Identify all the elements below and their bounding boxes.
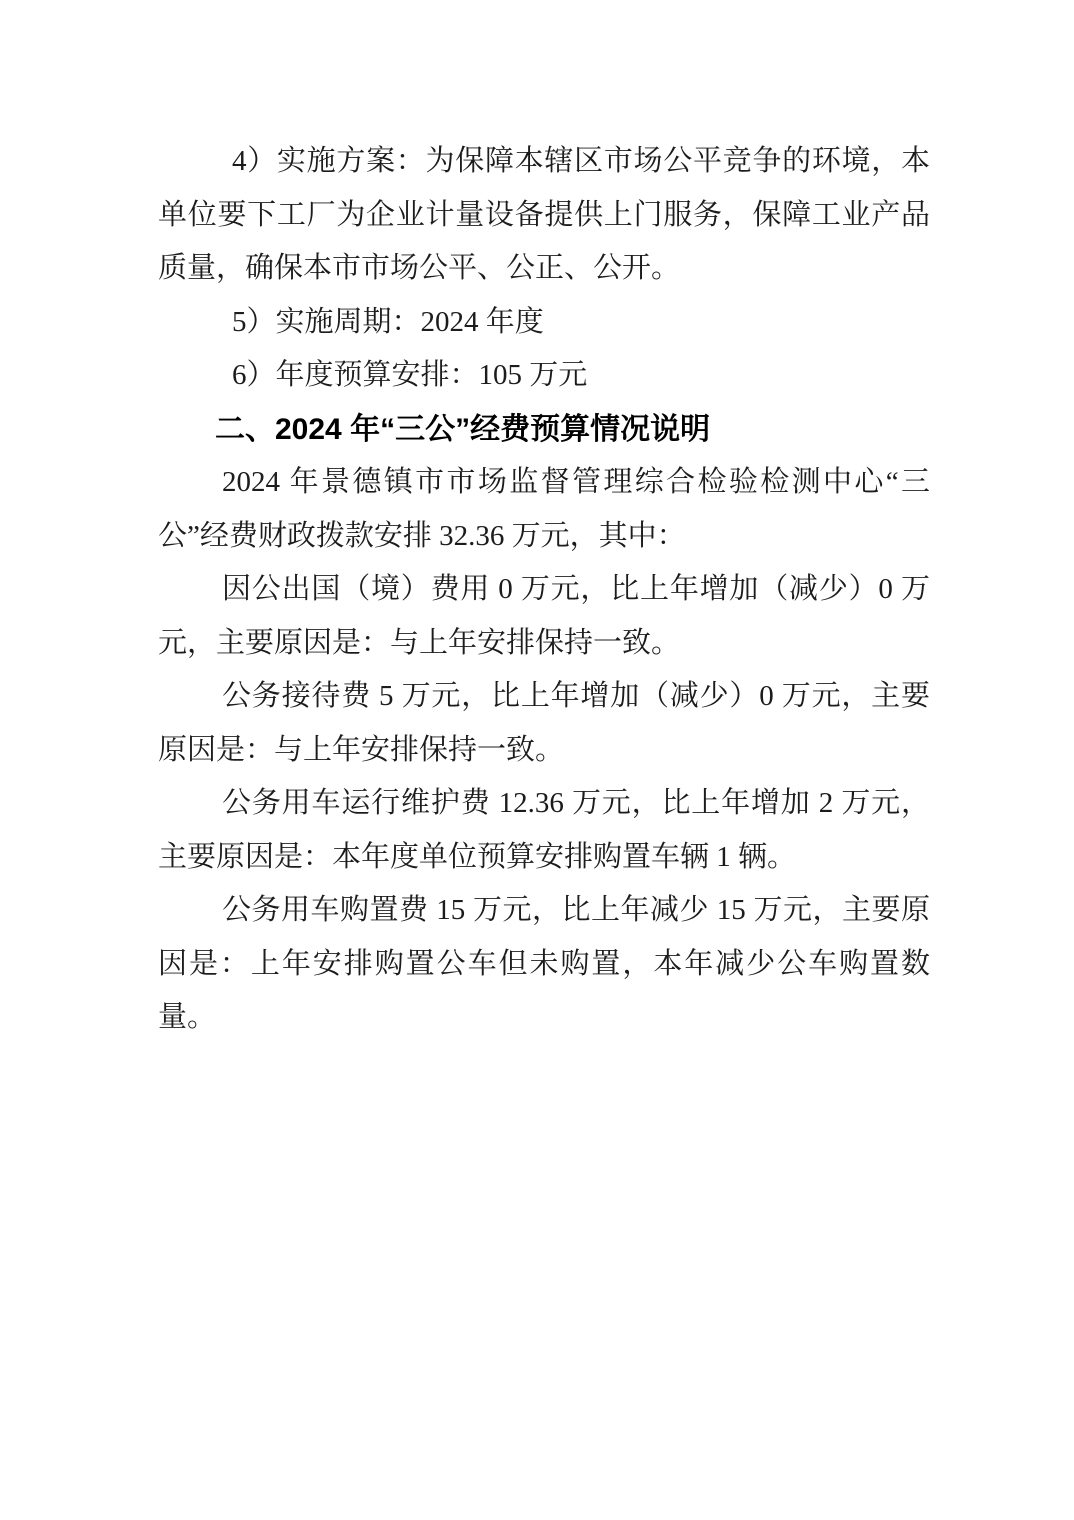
paragraph-sangong-total: 2024 年景德镇市市场监督管理综合检验检测中心“三公”经费财政拨款安排 32.… bbox=[158, 456, 930, 563]
paragraph-vehicle-purchase-expense: 公务用车购置费 15 万元，比上年减少 15 万元，主要原因是：上年安排购置公车… bbox=[158, 884, 930, 1045]
paragraph-vehicle-maintenance-expense: 公务用车运行维护费 12.36 万元，比上年增加 2 万元，主要原因是：本年度单… bbox=[158, 777, 930, 884]
list-item-6-annual-budget: 6）年度预算安排：105 万元 bbox=[158, 349, 930, 403]
list-item-4-implementation-plan: 4）实施方案：为保障本辖区市场公平竞争的环境，本单位要下工厂为企业计量设备提供上… bbox=[158, 135, 930, 296]
section-heading-sangong-budget: 二、2024 年“三公”经费预算情况说明 bbox=[158, 403, 930, 457]
paragraph-overseas-travel-expense: 因公出国（境）费用 0 万元，比上年增加（减少）0 万元，主要原因是：与上年安排… bbox=[158, 563, 930, 670]
list-item-5-implementation-period: 5）实施周期：2024 年度 bbox=[158, 296, 930, 350]
document-page: 4）实施方案：为保障本辖区市场公平竞争的环境，本单位要下工厂为企业计量设备提供上… bbox=[0, 0, 1074, 1520]
paragraph-official-reception-expense: 公务接待费 5 万元，比上年增加（减少）0 万元，主要原因是：与上年安排保持一致… bbox=[158, 670, 930, 777]
